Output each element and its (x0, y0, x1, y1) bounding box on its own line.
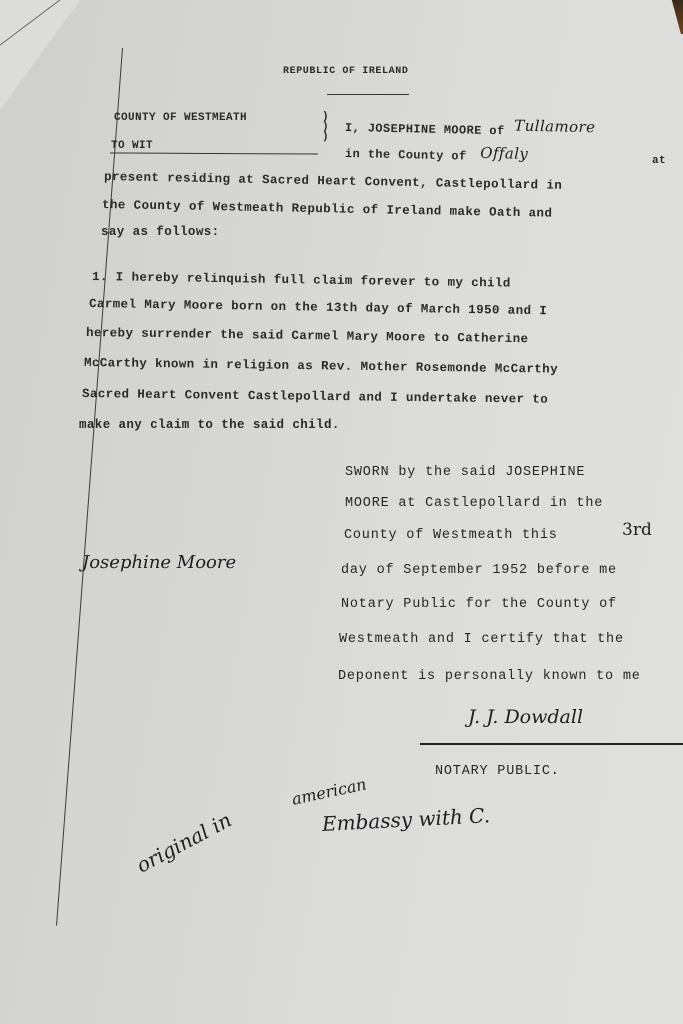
jurat-line: MOORE at Castlepollard in the (345, 496, 603, 511)
annotation-american: american (290, 774, 368, 808)
handwritten-county: Offaly (480, 144, 528, 163)
county-of-prefix: in the County of (345, 147, 467, 164)
venue-county: COUNTY OF WESTMEATH (114, 112, 247, 124)
body-line: present residing at Sacred Heart Convent… (104, 170, 562, 193)
deponent-prefix: I, JOSEPHINE MOORE of (345, 121, 505, 138)
underlying-sheet (0, 0, 80, 110)
handwritten-town: Tullamore (514, 117, 595, 137)
notary-signature: J. J. Dowdall (468, 706, 583, 728)
annotation-original-in: original in (132, 808, 235, 878)
deponent-line: I, JOSEPHINE MOORE of Tullamore (345, 117, 594, 140)
title-underline (327, 94, 409, 95)
venue-underline (110, 152, 318, 154)
signature-line (420, 743, 683, 745)
venue-brackets: ))) (322, 112, 329, 142)
body-line: make any claim to the said child. (79, 418, 340, 432)
body-line: 1. I hereby relinquish full claim foreve… (92, 270, 511, 291)
at-word: at (652, 155, 666, 167)
county-of-line: in the County of Offaly (345, 143, 523, 165)
jurat-line: Westmeath and I certify that the (339, 632, 624, 647)
body-line: say as follows: (101, 225, 220, 239)
jurat-line: County of Westmeath this (344, 528, 558, 543)
jurat-line: SWORN by the said JOSEPHINE (345, 465, 585, 480)
jurat-line: Notary Public for the County of (341, 597, 617, 612)
body-line: the County of Westmeath Republic of Irel… (102, 198, 553, 221)
jurat-line: Deponent is personally known to me (338, 669, 641, 684)
document-page: REPUBLIC OF IRELAND COUNTY OF WESTMEATH … (0, 0, 683, 1024)
jurat-line: day of September 1952 before me (341, 563, 617, 578)
notary-label: NOTARY PUBLIC. (435, 764, 560, 779)
handwritten-day: 3rd (622, 520, 652, 540)
deponent-signature: Josephine Moore (82, 552, 236, 573)
table-surface (669, 0, 683, 34)
body-line: Sacred Heart Convent Castlepollard and I… (82, 387, 548, 407)
annotation-embassy: Embassy with C. (321, 803, 490, 836)
body-line: hereby surrender the said Carmel Mary Mo… (86, 326, 529, 346)
body-line: Carmel Mary Moore born on the 13th day o… (89, 297, 547, 318)
venue-to-wit: TO WIT (111, 140, 153, 152)
body-line: McCarthy known in religion as Rev. Mothe… (84, 356, 558, 377)
document-title: REPUBLIC OF IRELAND (283, 66, 408, 77)
